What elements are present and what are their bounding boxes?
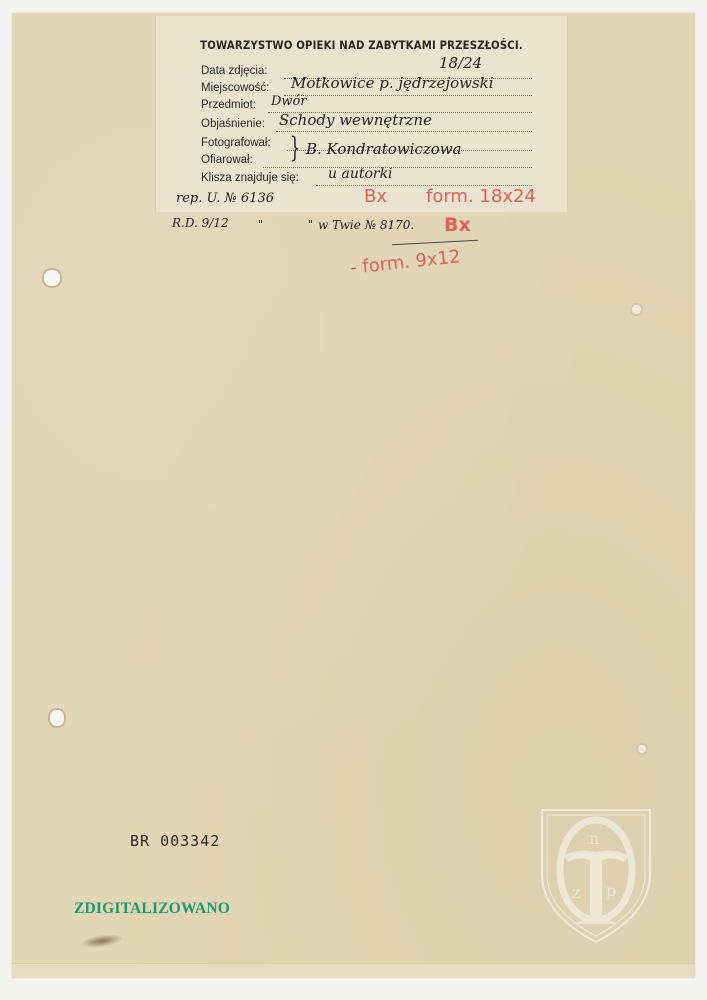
card-title: TOWARZYSTWO OPIEKI NAD ZABYTKAMI PRZESZŁ… xyxy=(181,38,543,52)
field-label-place: Miejscowość: xyxy=(201,81,269,95)
field-label-negative: Klisza znajduje się: xyxy=(201,171,299,185)
punch-hole xyxy=(638,745,646,753)
field-dots-donor xyxy=(263,167,532,168)
field-value-date: 18/24 xyxy=(439,54,482,72)
brace-mark: } xyxy=(290,134,301,162)
field-dots-place xyxy=(284,95,532,96)
rep-mark-red: Bx xyxy=(364,186,387,207)
ditto-mark-2: " xyxy=(308,218,313,231)
punch-hole xyxy=(50,710,64,726)
field-label-photographer: Fotografował: xyxy=(201,136,271,150)
catalog-number: BR 003342 xyxy=(130,832,220,850)
field-label-description: Objaśnienie: xyxy=(201,117,265,131)
field-label-date: Data zdjęcia: xyxy=(201,64,267,78)
catalog-label-card: TOWARZYSTWO OPIEKI NAD ZABYTKAMI PRZESZŁ… xyxy=(155,16,568,212)
field-value-description: Schody wewnętrzne xyxy=(279,111,432,129)
rep-format-red: form. 18x24 xyxy=(426,186,536,207)
punch-hole xyxy=(632,305,641,314)
emblem-letter-n: n xyxy=(589,829,599,848)
emblem-letter-p: p xyxy=(606,881,616,900)
sheet-bottom-edge xyxy=(12,963,695,978)
field-value-object: Dwór xyxy=(271,94,307,109)
field-label-donor: Ofiarował: xyxy=(201,153,253,167)
field-value-negative: u autorki xyxy=(328,166,393,182)
field-value-place: Motkowice p. jędrzejowski xyxy=(291,74,494,92)
field-dots-description xyxy=(276,131,532,132)
digitized-stamp: ZDIGITALIZOWANO xyxy=(74,900,230,918)
ditto-mark-1: " xyxy=(258,218,263,231)
emblem-letter-z: z xyxy=(572,883,580,902)
society-emblem-watermark: n z p xyxy=(536,804,656,946)
twin-note: w Twie № 8170. xyxy=(318,218,414,232)
field-value-photographer: B. Kondratowiczowa xyxy=(306,140,462,158)
field-label-object: Przedmiot: xyxy=(201,98,256,112)
punch-hole xyxy=(44,270,60,286)
rep-note: rep. U. № 6136 xyxy=(176,191,274,206)
twin-mark-red: Bx xyxy=(444,214,471,236)
rd-note: R.D. 9/12 xyxy=(172,216,229,230)
